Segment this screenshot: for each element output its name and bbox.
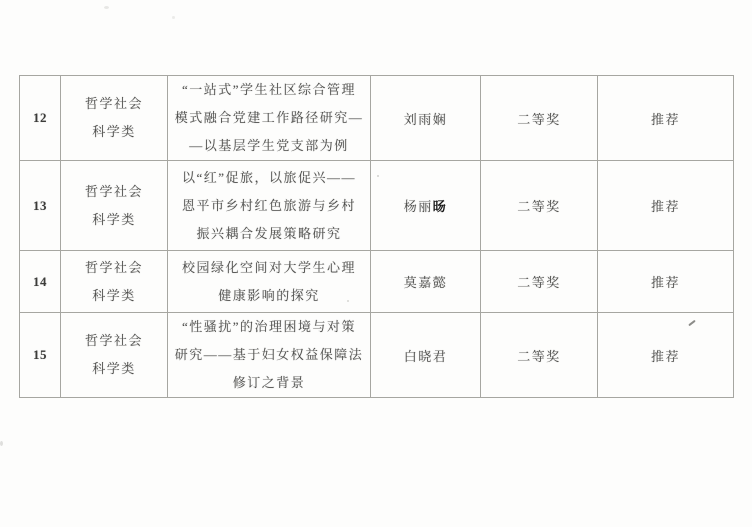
- category-line: 科学类: [61, 355, 167, 383]
- title-cell: 校园绿化空间对大学生心理 健康影响的探究: [168, 251, 371, 313]
- title-cell: “一站式”学生社区综合管理 模式融合党建工作路径研究— —以基层学生党支部为例: [168, 76, 371, 161]
- category-line: 哲学社会: [61, 90, 167, 118]
- award-cell: 二等奖: [481, 313, 598, 398]
- award-cell: 二等奖: [481, 251, 598, 313]
- document-page: 12 哲学社会 科学类 “一站式”学生社区综合管理 模式融合党建工作路径研究— …: [0, 0, 752, 527]
- category-line: 科学类: [61, 118, 167, 146]
- name-cell: 杨丽旸: [371, 161, 481, 251]
- category-line: 哲学社会: [61, 178, 167, 206]
- name-text: 白晓君: [404, 349, 448, 364]
- title-line: 恩平市乡村红色旅游与乡村: [168, 192, 370, 220]
- row-number-cell: 12: [20, 76, 61, 161]
- award-cell: 二等奖: [481, 161, 598, 251]
- category-cell: 哲学社会 科学类: [61, 251, 168, 313]
- recommendation-cell: 推荐: [598, 313, 734, 398]
- category-cell: 哲学社会 科学类: [61, 161, 168, 251]
- table-row: 15 哲学社会 科学类 “性骚扰”的治理困境与对策 研究——基于妇女权益保障法 …: [20, 313, 734, 398]
- name-text: 莫嘉懿: [404, 275, 448, 290]
- title-line: “性骚扰”的治理困境与对策: [168, 313, 370, 341]
- name-cell: 白晓君: [371, 313, 481, 398]
- title-line: —以基层学生党支部为例: [168, 132, 370, 160]
- title-line: 校园绿化空间对大学生心理: [168, 254, 370, 282]
- scan-speck: [172, 16, 175, 19]
- category-line: 科学类: [61, 206, 167, 234]
- name-text: 杨丽: [404, 199, 433, 214]
- category-line: 哲学社会: [61, 327, 167, 355]
- award-cell: 二等奖: [481, 76, 598, 161]
- row-number-cell: 13: [20, 161, 61, 251]
- name-cell: 莫嘉懿: [371, 251, 481, 313]
- title-line: 健康影响的探究: [168, 282, 370, 310]
- name-patched-char: 旸: [433, 199, 448, 214]
- award-table: 12 哲学社会 科学类 “一站式”学生社区综合管理 模式融合党建工作路径研究— …: [19, 75, 734, 398]
- category-cell: 哲学社会 科学类: [61, 76, 168, 161]
- title-line: 振兴耦合发展策略研究: [168, 220, 370, 248]
- scan-speck: [347, 300, 349, 302]
- category-line: 哲学社会: [61, 254, 167, 282]
- scan-speck: [377, 175, 379, 177]
- title-cell: 以“红”促旅，以旅促兴—— 恩平市乡村红色旅游与乡村 振兴耦合发展策略研究: [168, 161, 371, 251]
- title-line: 以“红”促旅，以旅促兴——: [168, 164, 370, 192]
- table-row: 13 哲学社会 科学类 以“红”促旅，以旅促兴—— 恩平市乡村红色旅游与乡村 振…: [20, 161, 734, 251]
- recommendation-cell: 推荐: [598, 161, 734, 251]
- title-cell: “性骚扰”的治理困境与对策 研究——基于妇女权益保障法 修订之背景: [168, 313, 371, 398]
- category-cell: 哲学社会 科学类: [61, 313, 168, 398]
- title-line: 修订之背景: [168, 369, 370, 397]
- title-line: 研究——基于妇女权益保障法: [168, 341, 370, 369]
- name-cell: 刘雨娴: [371, 76, 481, 161]
- table-row: 14 哲学社会 科学类 校园绿化空间对大学生心理 健康影响的探究 莫嘉懿 二等奖…: [20, 251, 734, 313]
- title-line: 模式融合党建工作路径研究—: [168, 104, 370, 132]
- row-number-cell: 14: [20, 251, 61, 313]
- title-line: “一站式”学生社区综合管理: [168, 76, 370, 104]
- scan-speck: [104, 6, 109, 9]
- scan-speck: [0, 441, 3, 446]
- name-text: 刘雨娴: [404, 112, 448, 127]
- row-number-cell: 15: [20, 313, 61, 398]
- recommendation-cell: 推荐: [598, 76, 734, 161]
- table-row: 12 哲学社会 科学类 “一站式”学生社区综合管理 模式融合党建工作路径研究— …: [20, 76, 734, 161]
- category-line: 科学类: [61, 282, 167, 310]
- recommendation-cell: 推荐: [598, 251, 734, 313]
